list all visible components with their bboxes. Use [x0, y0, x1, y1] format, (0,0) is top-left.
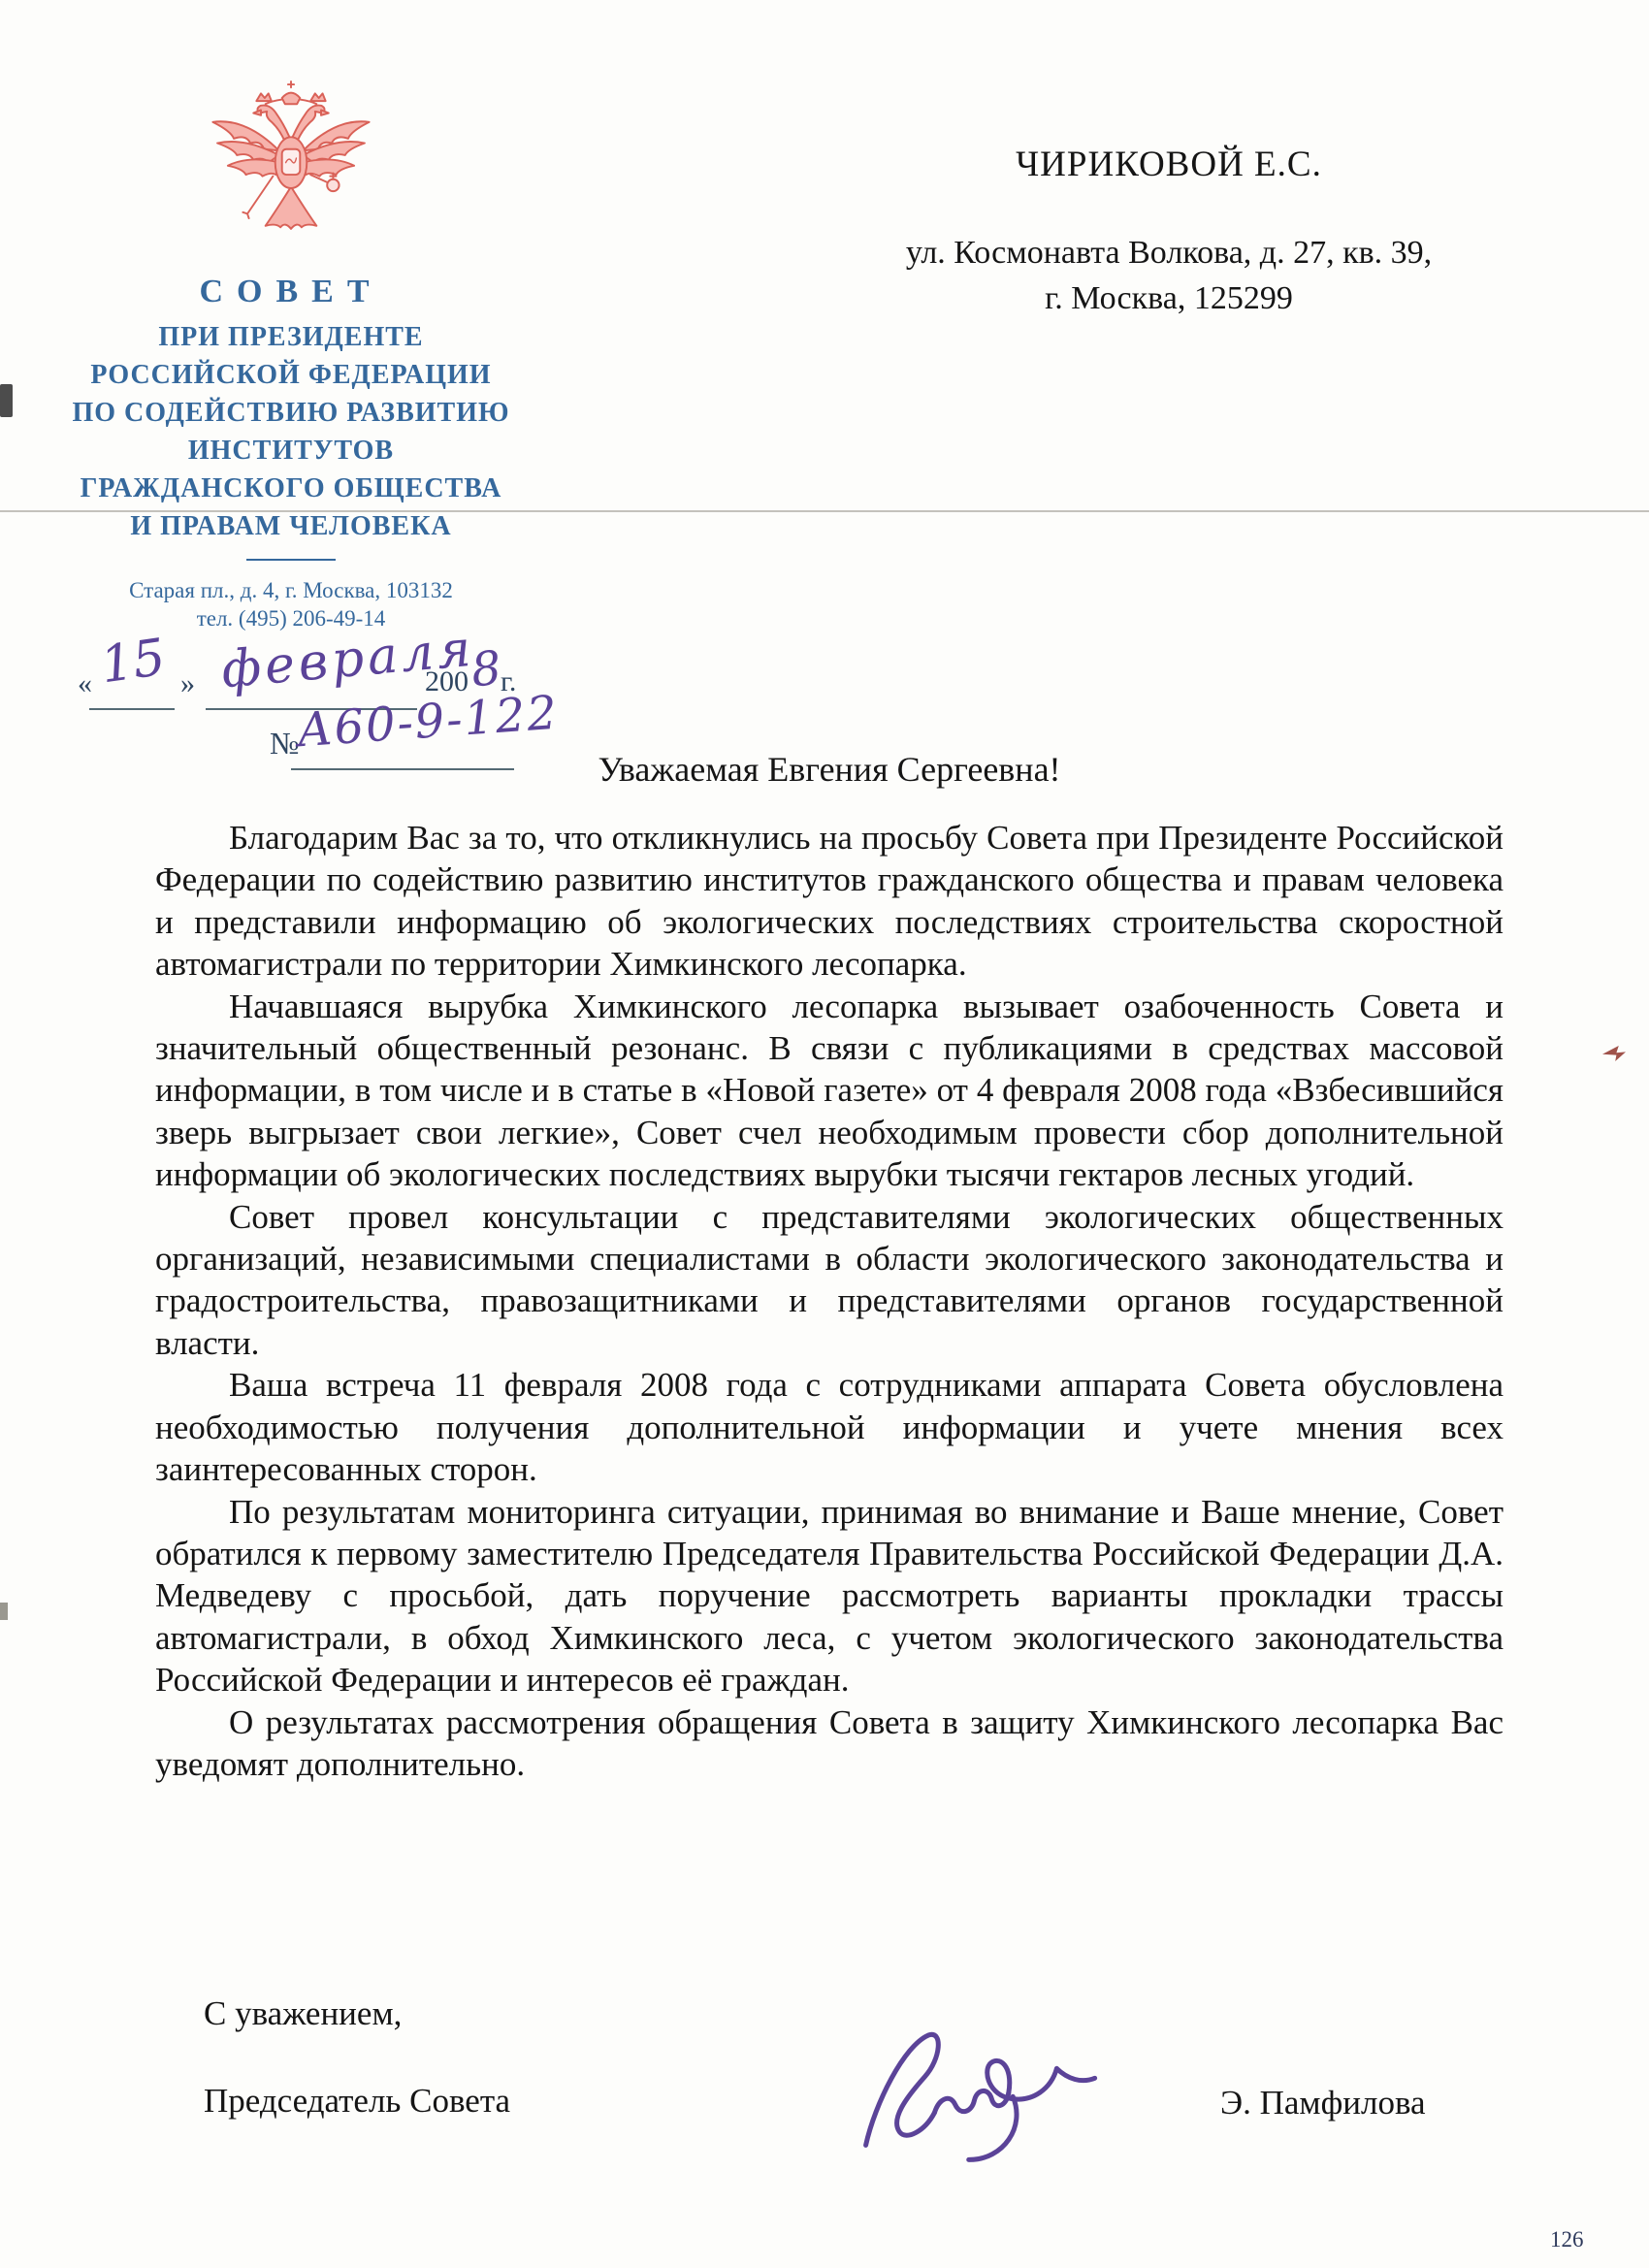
org-name-line: ПРИ ПРЕЗИДЕНТЕ — [53, 318, 529, 356]
org-name-line: ГРАЖДАНСКОГО ОБЩЕСТВА — [53, 470, 529, 507]
recipient-address-line: ул. Космонавта Волкова, д. 27, кв. 39, — [805, 230, 1533, 275]
paragraph: Совет провел консультации с представител… — [155, 1196, 1503, 1365]
recipient-address-line: г. Москва, 125299 — [805, 275, 1533, 321]
scan-artifact — [0, 1603, 8, 1620]
date-underline — [89, 708, 175, 710]
paragraph: О результатах рассмотрения обращения Сов… — [155, 1701, 1503, 1786]
letter-body: Благодарим Вас за то, что откликнулись н… — [155, 817, 1503, 1785]
scan-artifact — [1602, 1046, 1626, 1061]
recipient-name: ЧИРИКОВОЙ Е.С. — [805, 144, 1533, 185]
date-open-quote: « — [78, 667, 92, 700]
recipient-block: ЧИРИКОВОЙ Е.С. ул. Космонавта Волкова, д… — [805, 144, 1533, 321]
org-name-line: И ПРАВАМ ЧЕЛОВЕКА — [53, 507, 529, 545]
handwritten-number: А60-9-122 — [295, 686, 560, 759]
org-name-line: ИНСТИТУТОВ — [53, 432, 529, 470]
scan-artifact — [0, 384, 13, 417]
pamfilova-signature-icon — [833, 1990, 1142, 2203]
org-name-line: РОССИЙСКОЙ ФЕДЕРАЦИИ — [53, 356, 529, 394]
page-number: 126 — [1550, 2227, 1584, 2252]
letterhead-address: Старая пл., д. 4, г. Москва, 103132 — [53, 576, 529, 604]
paragraph: Ваша встреча 11 февраля 2008 года с сотр… — [155, 1364, 1503, 1490]
salutation: Уважаемая Евгения Сергеевна! — [155, 749, 1503, 790]
handwritten-day: 15 — [97, 629, 169, 696]
closing-regards: С уважением, — [204, 1994, 402, 2033]
paragraph: По результатам мониторинга ситуации, при… — [155, 1491, 1503, 1701]
signer-title: Председатель Совета — [204, 2082, 510, 2121]
paragraph: Начавшаяся вырубка Химкинского лесопарка… — [155, 986, 1503, 1196]
coat-of-arms-icon — [201, 78, 381, 252]
scanned-letter-page: СОВЕТ ПРИ ПРЕЗИДЕНТЕ РОССИЙСКОЙ ФЕДЕРАЦИ… — [0, 0, 1649, 2268]
date-close-quote: » — [180, 667, 195, 700]
letterhead: СОВЕТ ПРИ ПРЕЗИДЕНТЕ РОССИЙСКОЙ ФЕДЕРАЦИ… — [53, 78, 529, 632]
paragraph: Благодарим Вас за то, что откликнулись н… — [155, 817, 1503, 986]
letterhead-divider — [246, 559, 336, 561]
org-name-line: СОВЕТ — [53, 270, 529, 318]
signer-name: Э. Памфилова — [1220, 2084, 1426, 2122]
org-name-line: ПО СОДЕЙСТВИЮ РАЗВИТИЮ — [53, 394, 529, 432]
